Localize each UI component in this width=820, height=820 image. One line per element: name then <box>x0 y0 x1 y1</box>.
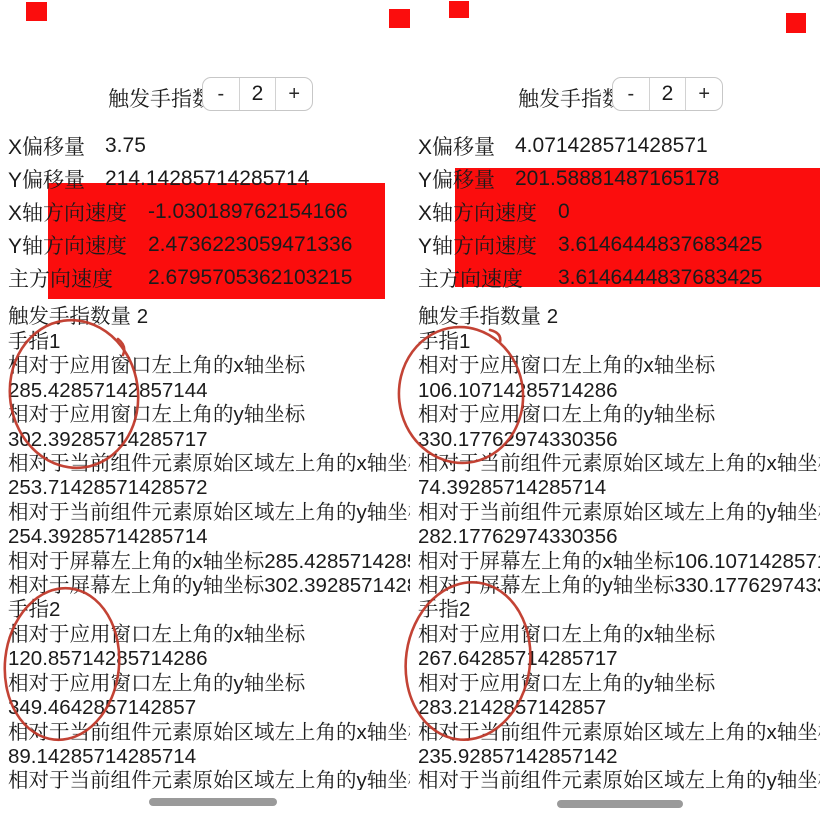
metric-value: 214.14285714285714 <box>105 167 309 191</box>
metric-label: 主方向速度 <box>418 263 558 293</box>
coordinate-line: 相对于应用窗口左上角的y轴坐标 <box>418 672 820 696</box>
finger-count-line: 触发手指数量 2 <box>8 299 148 329</box>
metric-value: 3.75 <box>105 134 146 158</box>
coordinate-line: 手指2 <box>8 598 410 622</box>
stepper-plus-button[interactable]: + <box>275 78 312 110</box>
coordinate-line: 相对于当前组件元素原始区域左上角的x轴坐标 <box>8 721 410 745</box>
coordinate-line: 相对于屏幕左上角的x轴坐标106.10714285714286 <box>418 550 820 574</box>
finger-count-stepper[interactable]: - 2 + <box>202 77 313 111</box>
metric-value: 201.58881487165178 <box>515 167 719 191</box>
gesture-debug-pane-left: 触发手指数 - 2 + X偏移量3.75Y偏移量214.142857142857… <box>0 0 410 820</box>
coordinate-line: 285.42857142857144 <box>8 379 410 403</box>
metrics-list: X偏移量3.75Y偏移量214.14285714285714X轴方向速度-1.0… <box>8 129 410 295</box>
stepper-plus-button[interactable]: + <box>685 78 722 110</box>
coordinate-line: 282.17762974330356 <box>418 525 820 549</box>
coordinate-line: 手指1 <box>418 330 820 354</box>
coordinate-line: 相对于应用窗口左上角的x轴坐标 <box>8 623 410 647</box>
metric-label: 主方向速度 <box>8 263 148 293</box>
screenshot-canvas: 触发手指数 - 2 + X偏移量3.75Y偏移量214.142857142857… <box>0 0 820 820</box>
metric-label: X偏移量 <box>8 131 105 161</box>
coordinate-line: 235.92857142857142 <box>418 745 820 769</box>
coordinate-line: 相对于当前组件元素原始区域左上角的y轴坐标 <box>418 769 820 790</box>
coordinate-line: 74.39285714285714 <box>418 476 820 500</box>
metric-row: Y轴方向速度2.4736223059471336 <box>8 229 410 262</box>
home-indicator-bar[interactable] <box>557 800 683 808</box>
metric-value: 2.4736223059471336 <box>148 233 352 257</box>
metric-label: X偏移量 <box>418 131 515 161</box>
coordinate-line: 283.2142857142857 <box>418 696 820 720</box>
stepper-label: 触发手指数 <box>518 83 623 113</box>
red-marker-square-icon <box>389 9 410 28</box>
metric-label: X轴方向速度 <box>8 197 148 227</box>
coordinate-line: 267.64285714285717 <box>418 647 820 671</box>
coordinate-line: 89.14285714285714 <box>8 745 410 769</box>
coordinate-line: 相对于屏幕左上角的y轴坐标330.17762974330356 <box>418 574 820 598</box>
metric-row: X轴方向速度-1.030189762154166 <box>8 195 410 228</box>
coordinate-line: 349.4642857142857 <box>8 696 410 720</box>
metric-label: Y轴方向速度 <box>8 230 148 260</box>
red-marker-square-icon <box>26 2 47 21</box>
stepper-minus-button[interactable]: - <box>613 78 649 110</box>
coordinate-line: 相对于屏幕左上角的x轴坐标285.42857142857144 <box>8 550 410 574</box>
coordinate-line: 302.39285714285717 <box>8 428 410 452</box>
metric-row: 主方向速度2.6795705362103215 <box>8 262 410 295</box>
gesture-debug-pane-right: 触发手指数 - 2 + X偏移量4.071428571428571Y偏移量201… <box>410 0 820 820</box>
red-marker-square-icon <box>786 13 806 33</box>
coordinate-line: 相对于应用窗口左上角的x轴坐标 <box>418 623 820 647</box>
finger-coordinate-lines: 手指1相对于应用窗口左上角的x轴坐标106.10714285714286相对于应… <box>418 330 820 790</box>
coordinate-line: 106.10714285714286 <box>418 379 820 403</box>
stepper-value: 2 <box>239 78 276 110</box>
home-indicator-bar[interactable] <box>149 798 277 806</box>
metric-row: Y偏移量214.14285714285714 <box>8 162 410 195</box>
metric-label: Y轴方向速度 <box>418 230 558 260</box>
metric-row: Y轴方向速度3.6146444837683425 <box>418 229 820 262</box>
stepper-label: 触发手指数 <box>108 83 213 113</box>
metric-label: Y偏移量 <box>418 164 515 194</box>
finger-count-stepper[interactable]: - 2 + <box>612 77 723 111</box>
coordinate-line: 254.39285714285714 <box>8 525 410 549</box>
coordinate-line: 120.85714285714286 <box>8 647 410 671</box>
coordinate-line: 手指2 <box>418 598 820 622</box>
coordinate-line: 330.17762974330356 <box>418 428 820 452</box>
metrics-list: X偏移量4.071428571428571Y偏移量201.58881487165… <box>418 129 820 295</box>
stepper-value: 2 <box>649 78 686 110</box>
coordinate-line: 相对于当前组件元素原始区域左上角的x轴坐标 <box>8 452 410 476</box>
metric-value: 4.071428571428571 <box>515 134 708 158</box>
metric-label: X轴方向速度 <box>418 197 558 227</box>
coordinate-line: 相对于应用窗口左上角的y轴坐标 <box>418 403 820 427</box>
metric-row: Y偏移量201.58881487165178 <box>418 162 820 195</box>
red-marker-square-icon <box>449 1 469 18</box>
metric-row: 主方向速度3.6146444837683425 <box>418 262 820 295</box>
coordinate-line: 手指1 <box>8 330 410 354</box>
coordinate-line: 相对于当前组件元素原始区域左上角的x轴坐标 <box>418 721 820 745</box>
metric-value: 3.6146444837683425 <box>558 266 762 290</box>
metric-value: 2.6795705362103215 <box>148 266 352 290</box>
coordinate-line: 相对于应用窗口左上角的y轴坐标 <box>8 672 410 696</box>
coordinate-line: 相对于当前组件元素原始区域左上角的y轴坐标 <box>8 501 410 525</box>
metric-row: X偏移量3.75 <box>8 129 410 162</box>
metric-value: 0 <box>558 200 570 224</box>
metric-label: Y偏移量 <box>8 164 105 194</box>
metric-value: -1.030189762154166 <box>148 200 348 224</box>
metric-row: X轴方向速度0 <box>418 195 820 228</box>
finger-coordinate-lines: 手指1相对于应用窗口左上角的x轴坐标285.42857142857144相对于应… <box>8 330 410 790</box>
stepper-minus-button[interactable]: - <box>203 78 239 110</box>
coordinate-line: 相对于屏幕左上角的y轴坐标302.39285714285717 <box>8 574 410 598</box>
coordinate-line: 相对于当前组件元素原始区域左上角的y轴坐标 <box>418 501 820 525</box>
coordinate-line: 相对于当前组件元素原始区域左上角的y轴坐标 <box>8 769 410 790</box>
coordinate-line: 相对于当前组件元素原始区域左上角的x轴坐标 <box>418 452 820 476</box>
metric-value: 3.6146444837683425 <box>558 233 762 257</box>
finger-count-line: 触发手指数量 2 <box>418 299 558 329</box>
metric-row: X偏移量4.071428571428571 <box>418 129 820 162</box>
coordinate-line: 相对于应用窗口左上角的x轴坐标 <box>418 354 820 378</box>
coordinate-line: 253.71428571428572 <box>8 476 410 500</box>
coordinate-line: 相对于应用窗口左上角的x轴坐标 <box>8 354 410 378</box>
coordinate-line: 相对于应用窗口左上角的y轴坐标 <box>8 403 410 427</box>
